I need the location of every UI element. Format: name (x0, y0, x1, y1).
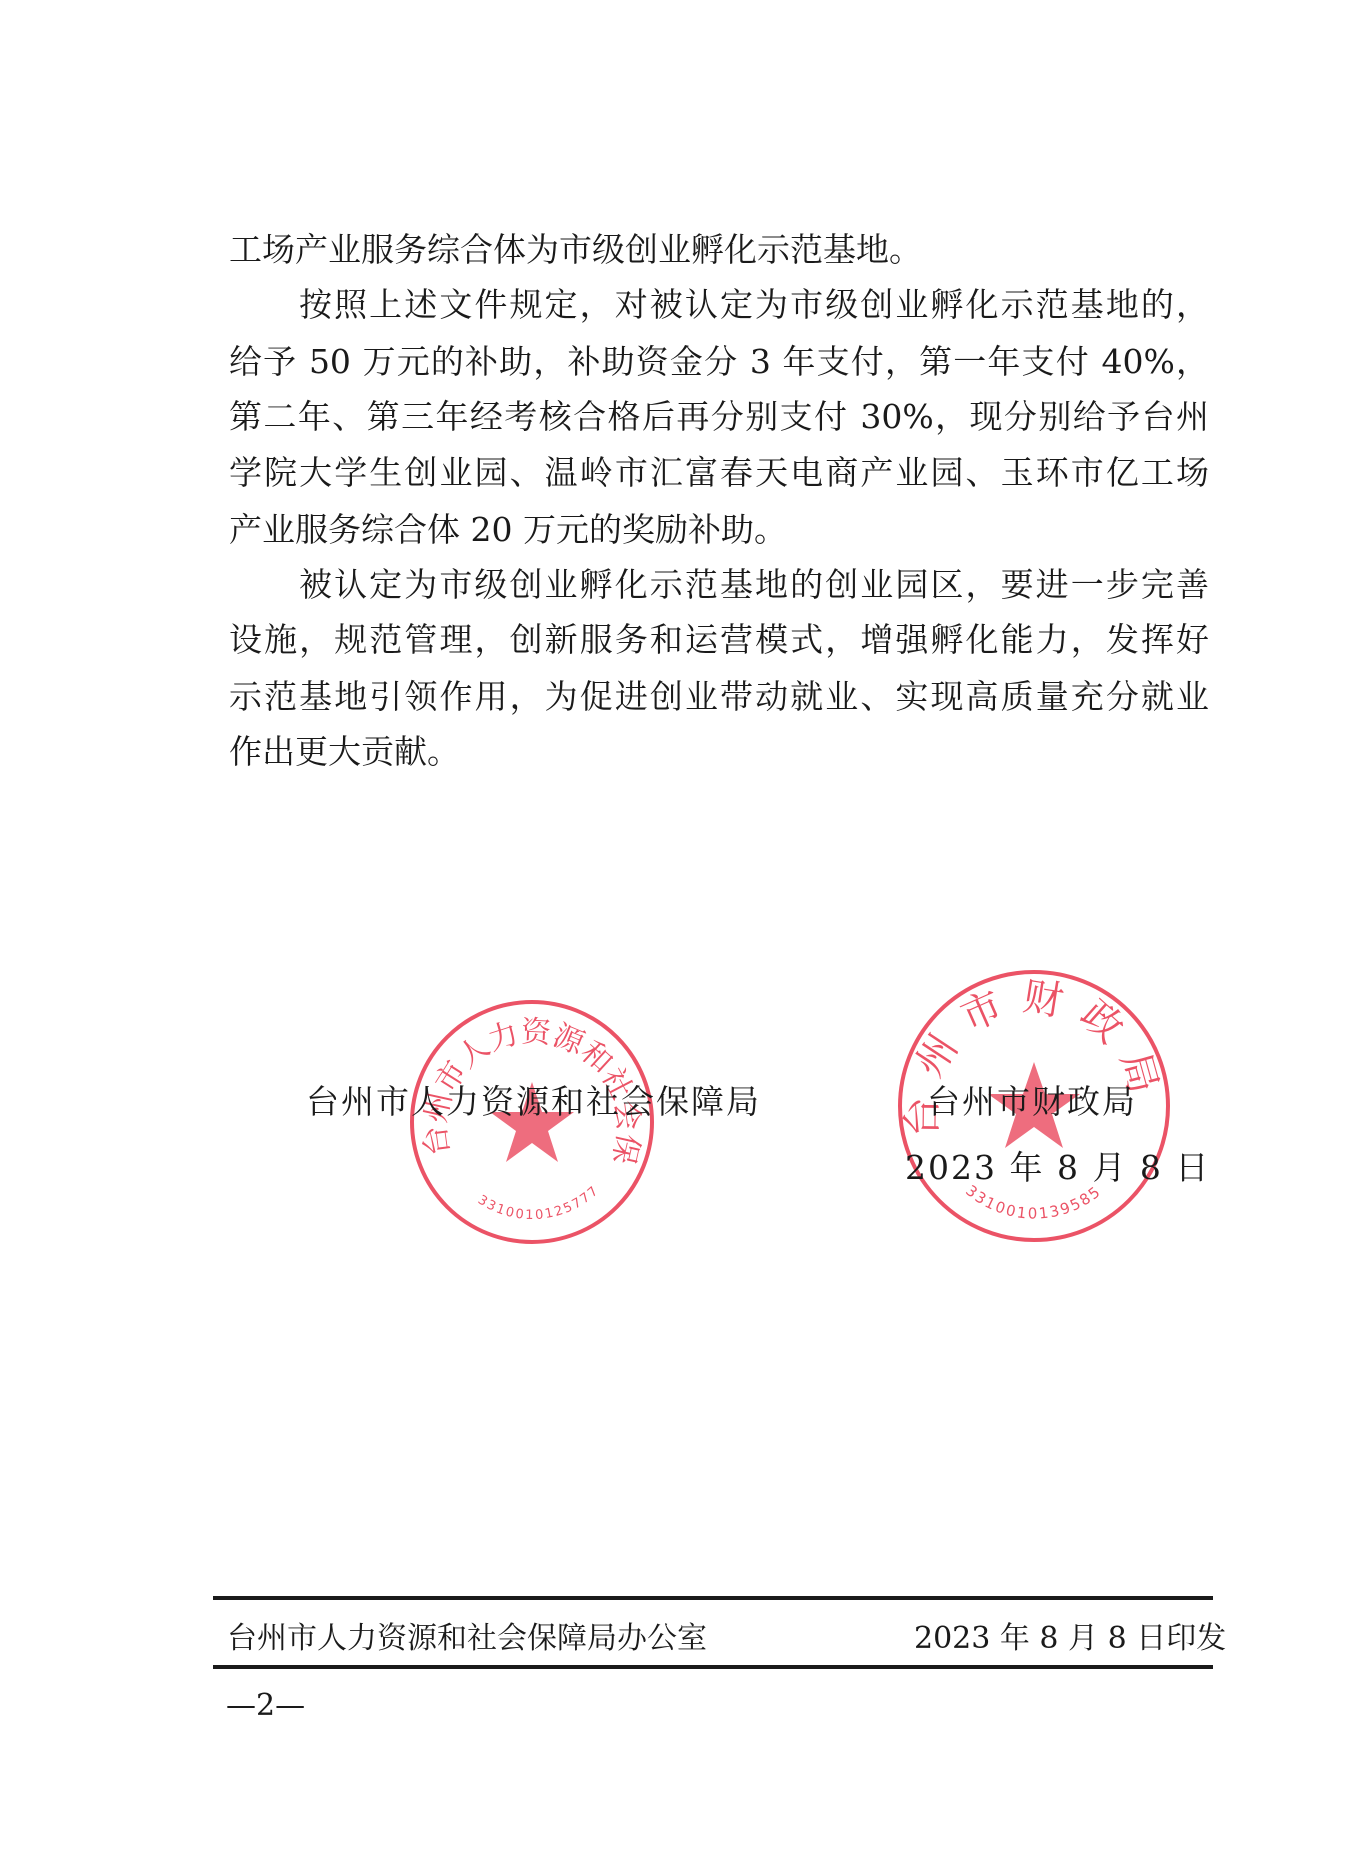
body-line-5: 学院大学生创业园、温岭市汇富春天电商产业园、玉环市亿工场 (229, 453, 1209, 493)
body-line-4: 第二年、第三年经考核合格后再分别支付 30%，现分别给予台州 (229, 397, 1209, 437)
footer-bottom-rule (213, 1665, 1213, 1669)
body-line-6: 产业服务综合体 20 万元的奖励补助。 (229, 510, 1209, 550)
body-line-10: 作出更大贡献。 (229, 732, 1209, 772)
body-line-8: 设施，规范管理，创新服务和运营模式，增强孵化能力，发挥好 (229, 620, 1209, 660)
seal-star-icon: 台州市人力资源和社会保障局 3310010125777 (414, 1004, 650, 1240)
hrss-official-seal: 台州市人力资源和社会保障局 3310010125777 (410, 1000, 654, 1244)
signature-date: 2023 年 8 月 8 日 (905, 1148, 1210, 1188)
body-line-9: 示范基地引领作用，为促进创业带动就业、实现高质量充分就业 (229, 677, 1209, 717)
svg-text:台州市人力资源和社会保障局: 台州市人力资源和社会保障局 (399, 977, 646, 1167)
svg-text:3310010125777: 3310010125777 (475, 1183, 603, 1223)
signature-hrss-bureau: 台州市人力资源和社会保障局 (306, 1082, 761, 1122)
body-line-7: 被认定为市级创业孵化示范基地的创业园区，要进一步完善 (299, 565, 1209, 605)
page-number: —2— (226, 1686, 305, 1726)
seal-left-text: 台州市人力资源和社会保障局 (399, 977, 646, 1167)
seal-left-code: 3310010125777 (475, 1183, 603, 1223)
footer-top-rule (213, 1596, 1213, 1600)
footer-issue-date: 2023 年 8 月 8 日印发 (914, 1619, 1226, 1659)
body-line-3: 给予 50 万元的补助，补助资金分 3 年支付，第一年支付 40%， (229, 342, 1209, 382)
body-line-2: 按照上述文件规定，对被认定为市级创业孵化示范基地的， (299, 285, 1209, 325)
signature-finance-bureau: 台州市财政局 (927, 1082, 1137, 1122)
footer-issuer: 台州市人力资源和社会保障局办公室 (227, 1619, 707, 1659)
body-line-1: 工场产业服务综合体为市级创业孵化示范基地。 (229, 230, 1209, 270)
